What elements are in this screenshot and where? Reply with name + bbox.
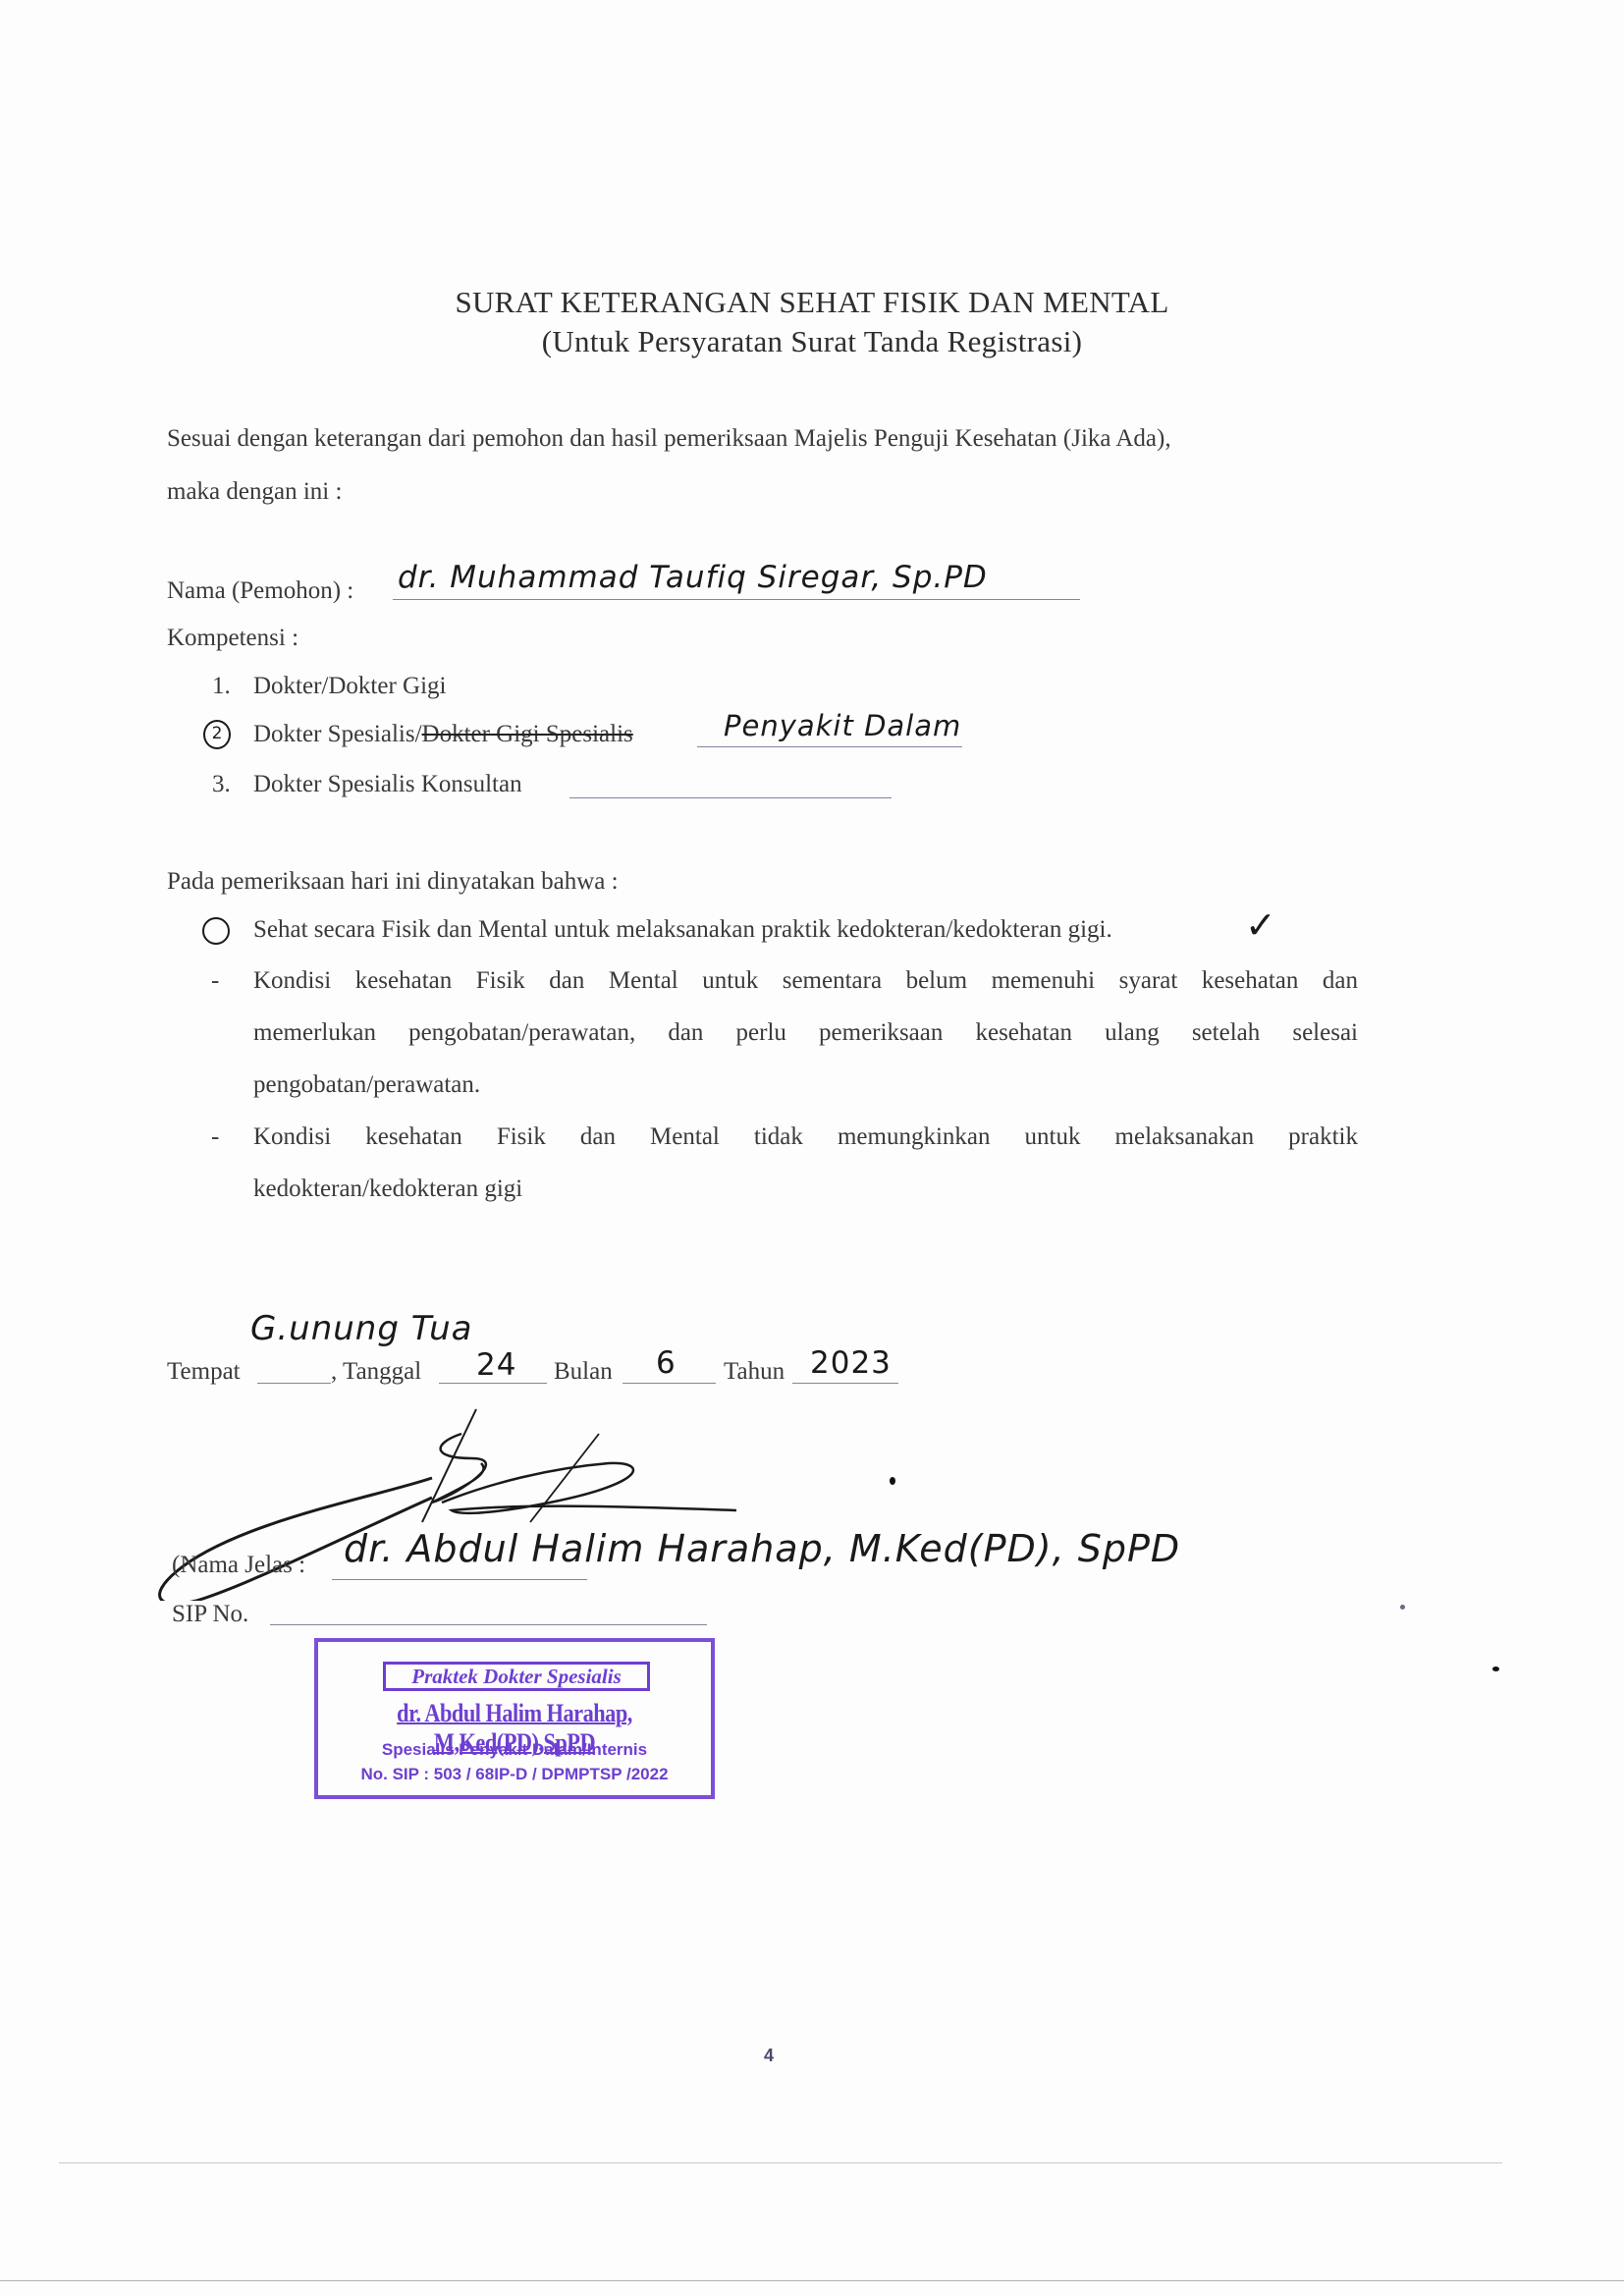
competence-item-1-marker: 1. xyxy=(212,673,231,700)
sip-label: SIP No. xyxy=(172,1601,248,1628)
signer-name-underline xyxy=(332,1579,587,1580)
applicant-underline xyxy=(393,599,1080,600)
exam-item-1-selected-circle[interactable] xyxy=(202,917,230,945)
applicant-label: Nama (Pemohon) : xyxy=(167,577,353,605)
exam-item-2-marker: - xyxy=(211,967,219,995)
doctor-stamp: Praktek Dokter Spesialis dr. Abdul Halim… xyxy=(314,1638,715,1799)
exam-label: Pada pemeriksaan hari ini dinyatakan bah… xyxy=(167,868,619,896)
date-handwritten[interactable]: 24 xyxy=(476,1347,516,1383)
competence-item-2-circled-marker[interactable]: 2 xyxy=(203,720,231,749)
date-underline xyxy=(439,1383,547,1384)
exam-item-3-line-2: kedokteran/kedokteran gigi xyxy=(253,1175,522,1203)
exam-item-1[interactable]: Sehat secara Fisik dan Mental untuk mela… xyxy=(253,916,1112,944)
competence-item-3-marker: 3. xyxy=(212,771,231,798)
ink-dot xyxy=(1400,1605,1405,1610)
exam-item-2-line-2: memerlukan pengobatan/perawatan, dan per… xyxy=(253,1019,1358,1047)
stamp-sip-number: No. SIP : 503 / 68IP-D / DPMPTSP /2022 xyxy=(318,1765,711,1784)
ink-dot xyxy=(890,1477,895,1485)
place-underline xyxy=(257,1383,331,1384)
document-subtitle: (Untuk Persyaratan Surat Tanda Registras… xyxy=(0,324,1624,359)
page-number: 4 xyxy=(764,2046,774,2066)
place-handwritten[interactable]: G.unung Tua xyxy=(250,1309,472,1348)
competence-item-3-underline xyxy=(569,797,892,798)
competence-label: Kompetensi : xyxy=(167,625,298,652)
month-handwritten[interactable]: 6 xyxy=(656,1345,677,1381)
date-label: , Tanggal xyxy=(331,1358,421,1386)
competence-item-2-struck-text: Dokter Gigi Spesialis xyxy=(422,721,633,747)
document-title: SURAT KETERANGAN SEHAT FISIK DAN MENTAL xyxy=(0,285,1624,320)
stamp-specialty: Spesialis Penyakit Dalam/Internis xyxy=(318,1740,711,1760)
sip-underline xyxy=(270,1624,707,1625)
competence-item-2-handwritten[interactable]: Penyakit Dalam xyxy=(724,709,961,742)
signer-name-label: (Nama Jelas : xyxy=(172,1552,305,1579)
exam-item-2-line-3: pengobatan/perawatan. xyxy=(253,1071,480,1099)
competence-item-3[interactable]: Dokter Spesialis Konsultan xyxy=(253,771,522,798)
stamp-header: Praktek Dokter Spesialis xyxy=(383,1662,650,1691)
intro-line-1: Sesuai dengan keterangan dari pemohon da… xyxy=(167,425,1171,453)
month-label: Bulan xyxy=(554,1358,613,1386)
exam-item-3-line-1[interactable]: Kondisi kesehatan Fisik dan Mental tidak… xyxy=(253,1123,1358,1151)
intro-line-2: maka dengan ini : xyxy=(167,478,342,506)
exam-item-2-line-1[interactable]: Kondisi kesehatan Fisik dan Mental untuk… xyxy=(253,967,1358,995)
place-label: Tempat xyxy=(167,1358,241,1386)
checkmark-icon: ✓ xyxy=(1245,903,1277,947)
scan-edge-line xyxy=(59,2162,1502,2163)
competence-item-2-underline xyxy=(697,746,962,747)
signer-name-handwritten[interactable]: dr. Abdul Halim Harahap, M.Ked(PD), SpPD xyxy=(344,1527,1180,1570)
year-label: Tahun xyxy=(724,1358,785,1386)
ink-dot xyxy=(1492,1667,1499,1671)
year-underline xyxy=(792,1383,898,1384)
applicant-name-handwritten[interactable]: dr. Muhammad Taufiq Siregar, Sp.PD xyxy=(398,560,988,595)
competence-item-2[interactable]: Dokter Spesialis/Dokter Gigi Spesialis xyxy=(253,721,633,748)
competence-item-1[interactable]: Dokter/Dokter Gigi xyxy=(253,673,446,700)
year-handwritten[interactable]: 2023 xyxy=(810,1345,892,1381)
scan-edge-line xyxy=(0,2280,1624,2281)
month-underline xyxy=(623,1383,716,1384)
competence-item-2-text: Dokter Spesialis/ xyxy=(253,721,422,747)
exam-item-3-marker: - xyxy=(211,1123,219,1151)
